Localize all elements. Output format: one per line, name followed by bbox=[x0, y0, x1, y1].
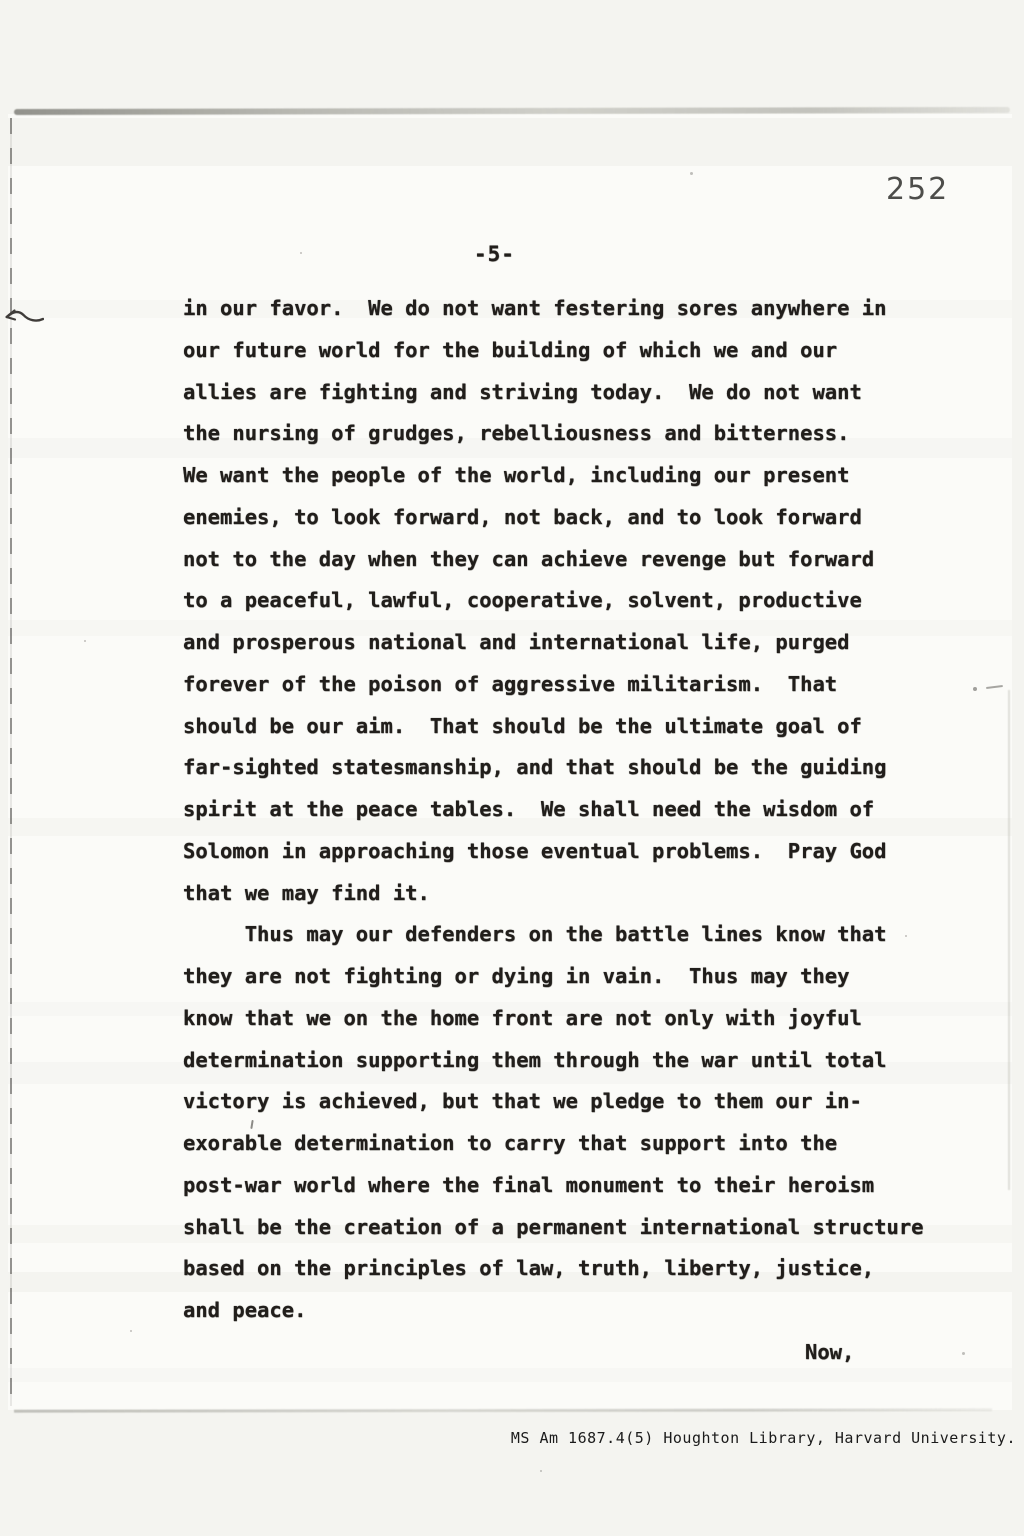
typescript-body: in our favor. We do not want festering s… bbox=[183, 288, 983, 1374]
text-line: to a peaceful, lawful, cooperative, solv… bbox=[183, 580, 983, 622]
paragraph-1: in our favor. We do not want festering s… bbox=[183, 288, 983, 914]
text-line: spirit at the peace tables. We shall nee… bbox=[183, 789, 983, 831]
text-line: determination supporting them through th… bbox=[183, 1040, 983, 1082]
paragraph-2: Thus may our defenders on the battle lin… bbox=[183, 914, 983, 1332]
text-line: they are not fighting or dying in vain. … bbox=[183, 956, 983, 998]
archive-page-number: 252 bbox=[886, 172, 949, 207]
credit-line: MS Am 1687.4(5) Houghton Library, Harvar… bbox=[511, 1429, 1016, 1447]
text-line: Solomon in approaching those eventual pr… bbox=[183, 831, 983, 873]
scan-band bbox=[8, 118, 1012, 166]
text-line: forever of the poison of aggressive mili… bbox=[183, 664, 983, 706]
typescript-page-number: -5- bbox=[474, 242, 515, 266]
text-line: enemies, to look forward, not back, and … bbox=[183, 497, 983, 539]
text-line: our future world for the building of whi… bbox=[183, 330, 983, 372]
text-line: should be our aim. That should be the ul… bbox=[183, 706, 983, 748]
text-line: We want the people of the world, includi… bbox=[183, 455, 983, 497]
text-line: the nursing of grudges, rebelliousness a… bbox=[183, 413, 983, 455]
ink-speck bbox=[962, 1352, 965, 1355]
catchword: Now, bbox=[183, 1332, 983, 1374]
text-line: in our favor. We do not want festering s… bbox=[183, 288, 983, 330]
page-right-edge bbox=[1008, 690, 1010, 1190]
ink-speck bbox=[130, 1330, 132, 1332]
text-line: and prosperous national and internationa… bbox=[183, 622, 983, 664]
text-line: not to the day when they can achieve rev… bbox=[183, 539, 983, 581]
page-bottom-edge bbox=[14, 1408, 992, 1412]
text-line: that we may find it. bbox=[183, 873, 983, 915]
text-line: Thus may our defenders on the battle lin… bbox=[183, 914, 983, 956]
ink-speck bbox=[973, 687, 977, 691]
text-line: post-war world where the final monument … bbox=[183, 1165, 983, 1207]
ink-speck bbox=[300, 252, 302, 254]
ink-speck bbox=[540, 1470, 542, 1472]
ink-speck bbox=[690, 172, 693, 175]
text-line: based on the principles of law, truth, l… bbox=[183, 1248, 983, 1290]
text-line: exorable determination to carry that sup… bbox=[183, 1123, 983, 1165]
text-line: allies are fighting and striving today. … bbox=[183, 372, 983, 414]
ink-speck bbox=[84, 640, 86, 642]
margin-arrow-icon bbox=[4, 304, 44, 334]
text-line: know that we on the home front are not o… bbox=[183, 998, 983, 1040]
scanned-document: 252 -5- in our favor. We do not want fes… bbox=[0, 0, 1024, 1536]
ink-speck bbox=[905, 935, 907, 937]
text-line: and peace. bbox=[183, 1290, 983, 1332]
text-line: shall be the creation of a permanent int… bbox=[183, 1207, 983, 1249]
text-line: far-sighted statesmanship, and that shou… bbox=[183, 747, 983, 789]
text-line: victory is achieved, but that we pledge … bbox=[183, 1081, 983, 1123]
